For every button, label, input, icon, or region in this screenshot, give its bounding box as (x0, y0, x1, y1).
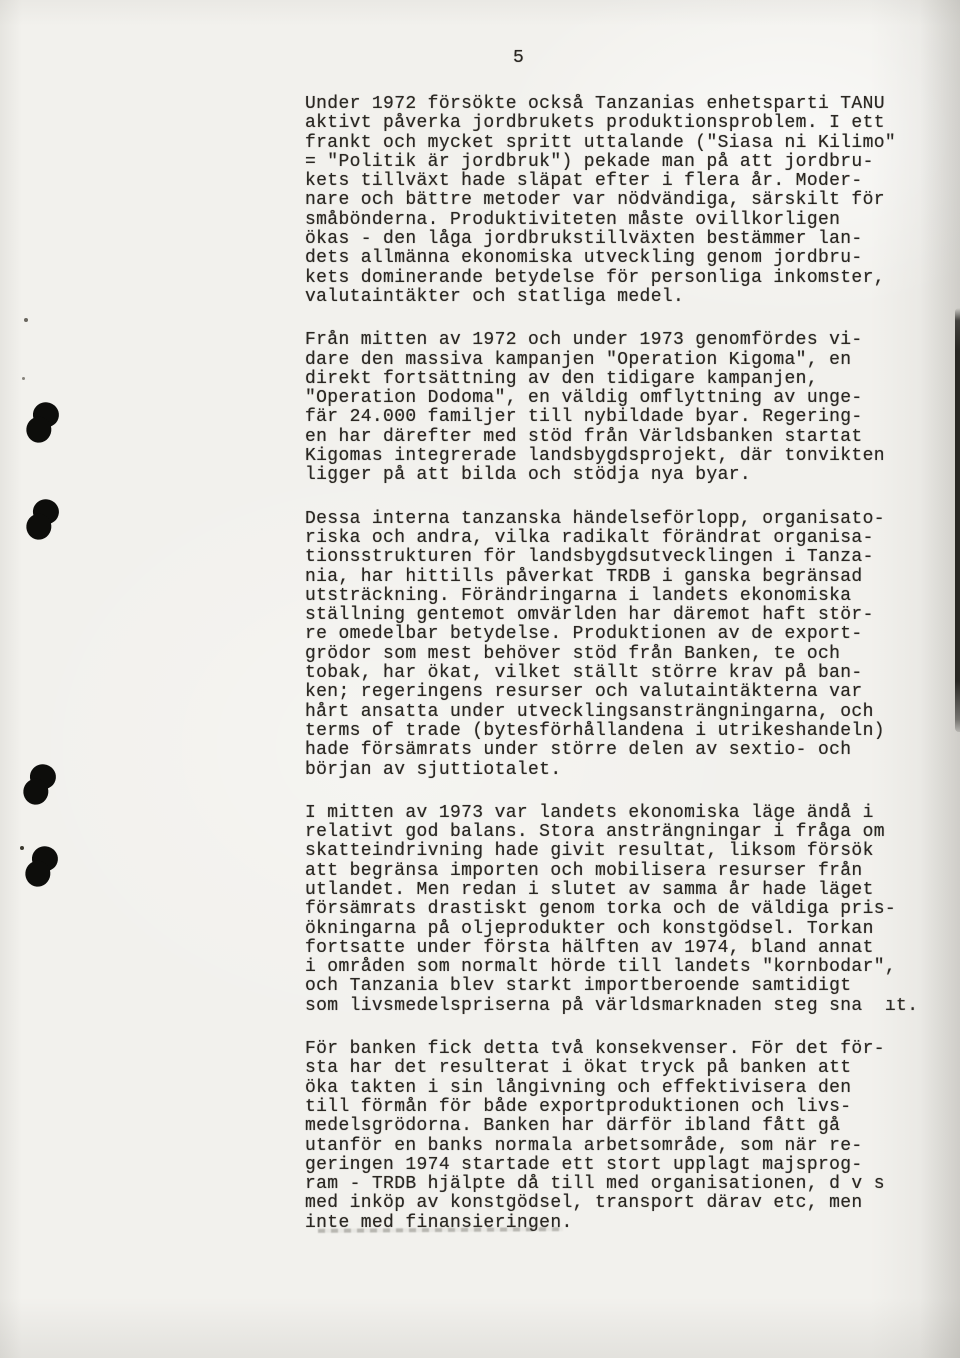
ink-blob-4 (24, 844, 59, 890)
text-column: Under 1972 försökte också Tanzanias enhe… (305, 95, 915, 1257)
scanned-document-page: 5 Under 1972 försökte också Tanzanias en… (0, 0, 960, 1358)
scan-edge-bar (955, 308, 960, 732)
ink-speck (20, 846, 24, 850)
page-number: 5 (513, 48, 524, 68)
paragraph-bank-consequences: För banken fick detta två konsekvenser. … (305, 1040, 915, 1233)
paragraph-tanu-1972: Under 1972 försökte också Tanzanias enhe… (305, 95, 915, 307)
ink-blob-2 (25, 497, 60, 543)
ink-blob-1 (25, 400, 60, 446)
ink-speck (22, 377, 25, 380)
ink-speck (24, 318, 28, 322)
paragraph-economy-1973: I mitten av 1973 var landets ekonomiska … (305, 804, 915, 1016)
paragraph-operation-kigoma: Från mitten av 1972 och under 1973 genom… (305, 331, 915, 485)
ink-blob-3 (22, 762, 57, 808)
paragraph-trdb-changes: Dessa interna tanzanska händelseförlopp,… (305, 510, 915, 780)
